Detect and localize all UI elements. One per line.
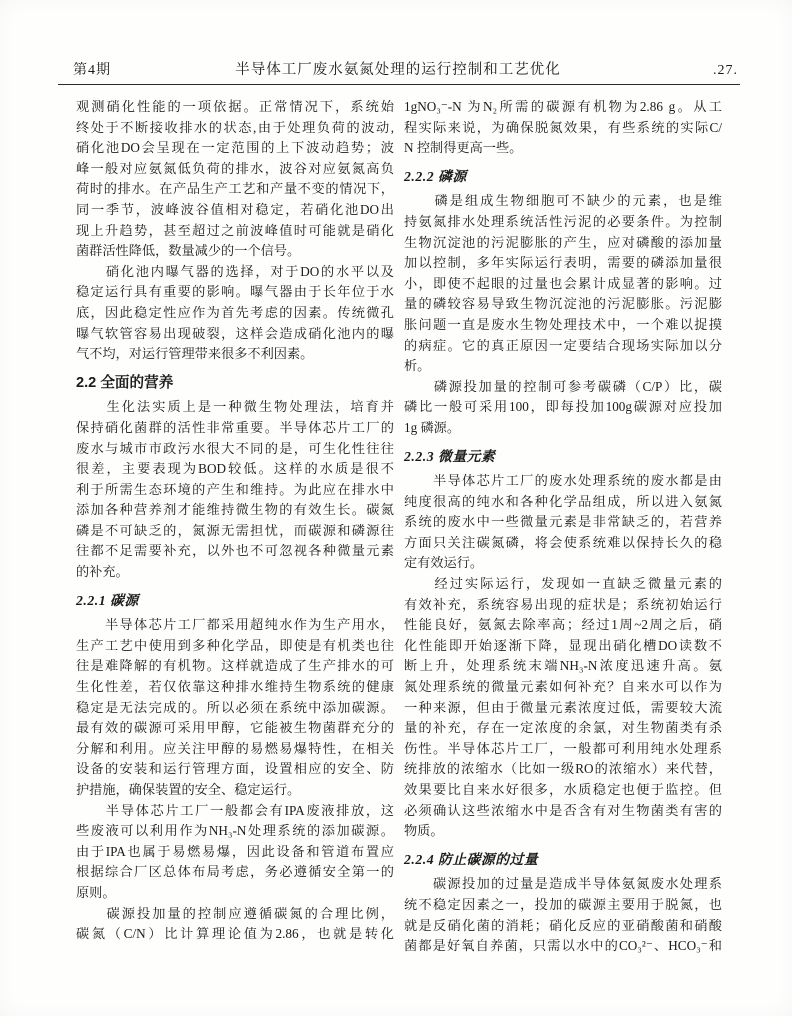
- right-column: 1gNO₃⁻-N 为N₂所需的碳源有机物为2.86 g。从工程实际来说，为确保脱…: [404, 97, 722, 957]
- text-line: 持氨氮排水处理系统活性污泥的必要条件。为控制: [404, 212, 722, 233]
- text-line: 利于所需生态环境的产生和维持。为此应在排水中: [76, 480, 394, 501]
- section-heading: 2.2 全面的营养: [76, 373, 394, 394]
- text-line: 加以控制，多年实际运行表明，需要的磷添加量很: [404, 253, 722, 274]
- text-line: 碳源投加量的控制应遵循碳氮的合理比例，: [76, 904, 394, 925]
- paragraph: 硝化池内曝气器的选择，对于DO的水平以及稳定运行具有重要的影响。曝气器由于长年位…: [76, 262, 394, 365]
- text-line: 纯度很高的纯水和各种化学品组成，所以进入氨氮: [404, 492, 722, 513]
- running-head: 第4期 半导体工厂废水氨氮处理的运行控制和工艺优化 .27.: [58, 54, 738, 82]
- text-line: 半导体芯片工厂都采用超纯水作为生产用水，: [76, 615, 394, 636]
- paragraph: 观测硝化性能的一项依据。正常情况下，系统始终处于不断接收排水的状态,由于处理负荷…: [76, 97, 394, 262]
- text-line: 有效补充，系统容易出现的症状是；系统初始运行: [404, 595, 722, 616]
- text-line: 统排放的浓缩水（比如一级RO的浓缩水）来代替，: [404, 759, 722, 780]
- text-line: 生物沉淀池的污泥膨胀的产生，应对磷酸的添加量: [404, 233, 722, 254]
- text-line: 设备的安装和运行管理方面，设置相应的安全、防: [76, 759, 394, 780]
- text-line: 保持硝化菌群的活性非常重要。半导体芯片工厂的: [76, 418, 394, 439]
- paragraph: 碳源投加量的控制应遵循碳氮的合理比例，碳氮（C/N）比计算理论值为2.86，也就…: [76, 904, 394, 945]
- text-line: 磷源投加量的控制可参考碳磷（C/P）比，碳: [404, 377, 722, 398]
- text-line: 碳源投加的过量是造成半导体氨氮废水处理系: [404, 874, 722, 895]
- text-line: 半导体芯片工厂一般都会有IPA废液排放，这: [76, 801, 394, 822]
- paragraph: 生化法实质上是一种微生物处理法，培育并保持硝化菌群的活性非常重要。半导体芯片工厂…: [76, 397, 394, 582]
- text-line: 物质。: [404, 821, 722, 842]
- header-rule: [58, 84, 740, 85]
- text-line: 磷是不可缺乏的，氮源无需担忧，而碳源和磷源往: [76, 521, 394, 542]
- section-heading: 2.2.1 碳源: [76, 591, 394, 612]
- text-line: 稳定是无法完成的。所以必须在系统中添加碳源。: [76, 698, 394, 719]
- text-line: 护措施，确保装置的安全、稳定运行。: [76, 780, 394, 801]
- text-line: 1gNO₃⁻-N 为N₂所需的碳源有机物为2.86 g。从工: [404, 97, 722, 118]
- left-column: 观测硝化性能的一项依据。正常情况下，系统始终处于不断接收排水的状态,由于处理负荷…: [76, 97, 394, 945]
- text-line: 的病症。它的真正原因一定要结合现场实际加以分: [404, 336, 722, 357]
- text-line: 磷比一般可采用100，即每投加100g碳源对应投加: [404, 397, 722, 418]
- text-line: 生化法实质上是一种微生物处理法，培育并: [76, 397, 394, 418]
- text-line: 终处于不断接收排水的状态,由于处理负荷的波动,: [76, 118, 394, 139]
- running-head-title: 半导体工厂废水氨氮处理的运行控制和工艺优化: [58, 58, 738, 79]
- text-line: 原则。: [76, 883, 394, 904]
- text-line: 峰一般对应氨氮低负荷的排水，波谷对应氨氮高负: [76, 159, 394, 180]
- text-line: 一种来源，但由于微量元素浓度过低，需要较大流: [404, 698, 722, 719]
- paragraph: 碳源投加的过量是造成半导体氨氮废水处理系统不稳定因素之一，投加的碳源主要用于脱氮…: [404, 874, 722, 956]
- text-line: 往都不足需要补充，以外也不可忽视各种微量元素: [76, 541, 394, 562]
- text-line: 程实际来说，为确保脱氮效果，有些系统的实际C/: [404, 118, 722, 139]
- text-line: 的补充。: [76, 562, 394, 583]
- section-heading: 2.2.4 防止碳源的过量: [404, 850, 722, 871]
- text-line: 观测硝化性能的一项依据。正常情况下，系统始: [76, 97, 394, 118]
- text-line: 曝气软管容易出现破裂，这样会造成硝化池内的曝: [76, 324, 394, 345]
- text-line: 析。: [404, 356, 722, 377]
- text-line: 磷是组成生物细胞可不缺少的元素，也是维: [404, 191, 722, 212]
- text-line: 定有效运行。: [404, 553, 722, 574]
- text-line: 系统的废水中一些微量元素是非常缺乏的，若营养: [404, 512, 722, 533]
- text-line: 些废液可以利用作为NH₃-N处理系统的添加碳源。: [76, 821, 394, 842]
- paragraph: 半导体芯片工厂都采用超纯水作为生产用水，生产工艺中使用到多种化学品，即使是有机类…: [76, 615, 394, 800]
- text-line: 氮处理系统的微量元素如何补充？自来水可以作为: [404, 677, 722, 698]
- text-line: 方面只关注碳氮磷，将会使系统难以保持长久的稳: [404, 533, 722, 554]
- text-line: 往是难降解的有机物。这样就造成了生产排水的可: [76, 656, 394, 677]
- text-line: N 控制得更高一些。: [404, 138, 722, 159]
- text-line: 小，即使不起眼的过量也会累计成显著的影响。过: [404, 274, 722, 295]
- text-line: 经过实际运行，发现如一直缺乏微量元素的: [404, 574, 722, 595]
- text-line: 断上升，处理系统末端NH₃-N浓度迅速升高。氨: [404, 656, 722, 677]
- text-line: 气不均，对运行管理带来很多不利因素。: [76, 344, 394, 365]
- paragraph: 半导体芯片工厂的废水处理系统的废水都是由纯度很高的纯水和各种化学品组成，所以进入…: [404, 471, 722, 574]
- text-line: 现上升趋势，甚至超过之前波峰值时可能就是硝化: [76, 221, 394, 242]
- text-line: 硝化池DO会呈现在一定范围的上下波动趋势；波: [76, 138, 394, 159]
- text-line: 半导体芯片工厂的废水处理系统的废水都是由: [404, 471, 722, 492]
- text-line: 效果要比自来水好很多，水质稳定也便于监控。但: [404, 780, 722, 801]
- text-line: 添加各种营养剂才能维持微生物的有效生长。碳氮: [76, 500, 394, 521]
- text-line: 必须确认这些浓缩水中是否含有对生物菌类有害的: [404, 801, 722, 822]
- text-line: 硝化池内曝气器的选择，对于DO的水平以及: [76, 262, 394, 283]
- section-heading: 2.2.2 磷源: [404, 167, 722, 188]
- text-line: 1g 磷源。: [404, 418, 722, 439]
- text-line: 荷时的排水。在产品生产工艺和产量不变的情况下，: [76, 179, 394, 200]
- paragraph: 经过实际运行，发现如一直缺乏微量元素的有效补充，系统容易出现的症状是；系统初始运…: [404, 574, 722, 842]
- text-line: 量的补充，存在一定浓度的余氯，对生物菌类有杀: [404, 718, 722, 739]
- paragraph: 磷源投加量的控制可参考碳磷（C/P）比，碳磷比一般可采用100，即每投加100g…: [404, 377, 722, 439]
- text-line: 废水与城市市政污水很大不同的是，可生化性往往: [76, 439, 394, 460]
- text-line: 生化性差，若仅依靠这种排水维持生物系统的健康: [76, 677, 394, 698]
- paragraph: 磷是组成生物细胞可不缺少的元素，也是维持氨氮排水处理系统活性污泥的必要条件。为控…: [404, 191, 722, 376]
- text-line: 最有效的碳源可采用甲醇，它能被生物菌群充分的: [76, 718, 394, 739]
- paragraph: 1gNO₃⁻-N 为N₂所需的碳源有机物为2.86 g。从工程实际来说，为确保脱…: [404, 97, 722, 159]
- text-line: 伤性。半导体芯片工厂，一般都可利用纯水处理系: [404, 739, 722, 760]
- text-line: 生产工艺中使用到多种化学品，即使是有机类也往: [76, 636, 394, 657]
- section-heading: 2.2.3 微量元素: [404, 447, 722, 468]
- scanned-journal-page: 第4期 半导体工厂废水氨氮处理的运行控制和工艺优化 .27. 观测硝化性能的一项…: [0, 0, 792, 1016]
- text-line: 菌群活性降低，数量减少的一个信号。: [76, 241, 394, 262]
- text-line: 化性能即开始逐渐下降，显现出硝化槽DO读数不: [404, 636, 722, 657]
- text-line: 同一季节，波峰波谷值相对稳定，若硝化池DO出: [76, 200, 394, 221]
- text-line: 量的磷较容易导致生物沉淀池的污泥膨胀。污泥膨: [404, 294, 722, 315]
- page-number: .27.: [713, 63, 738, 79]
- text-line: 底，因此稳定性应作为首先考虑的因素。传统微孔: [76, 303, 394, 324]
- text-line: 性能良好，氨氮去除率高；经过1周~2周之后，硝: [404, 615, 722, 636]
- text-line: 碳氮（C/N）比计算理论值为2.86，也就是转化: [76, 924, 394, 945]
- text-line: 根据综合厂区总体布局考虑，务必遵循安全第一的: [76, 862, 394, 883]
- text-line: 胀问题一直是废水生物处理技术中，一个难以捉摸: [404, 315, 722, 336]
- text-line: 很差，主要表现为BOD较低。这样的水质是很不: [76, 459, 394, 480]
- text-line: 由于IPA也属于易燃易爆，因此设备和管道布置应: [76, 842, 394, 863]
- text-line: 稳定运行具有重要的影响。曝气器由于长年位于水: [76, 282, 394, 303]
- paragraph: 半导体芯片工厂一般都会有IPA废液排放，这些废液可以利用作为NH₃-N处理系统的…: [76, 801, 394, 904]
- text-line: 分解和利用。应关注甲醇的易燃易爆特性，在相关: [76, 739, 394, 760]
- text-line: 统不稳定因素之一，投加的碳源主要用于脱氮，也: [404, 895, 722, 916]
- text-line: 菌都是好氧自养菌，只需以水中的CO₃²⁻、HCO₃⁻和: [404, 936, 722, 957]
- text-line: 就是反硝化菌的消耗；硝化反应的亚硝酸菌和硝酸: [404, 916, 722, 937]
